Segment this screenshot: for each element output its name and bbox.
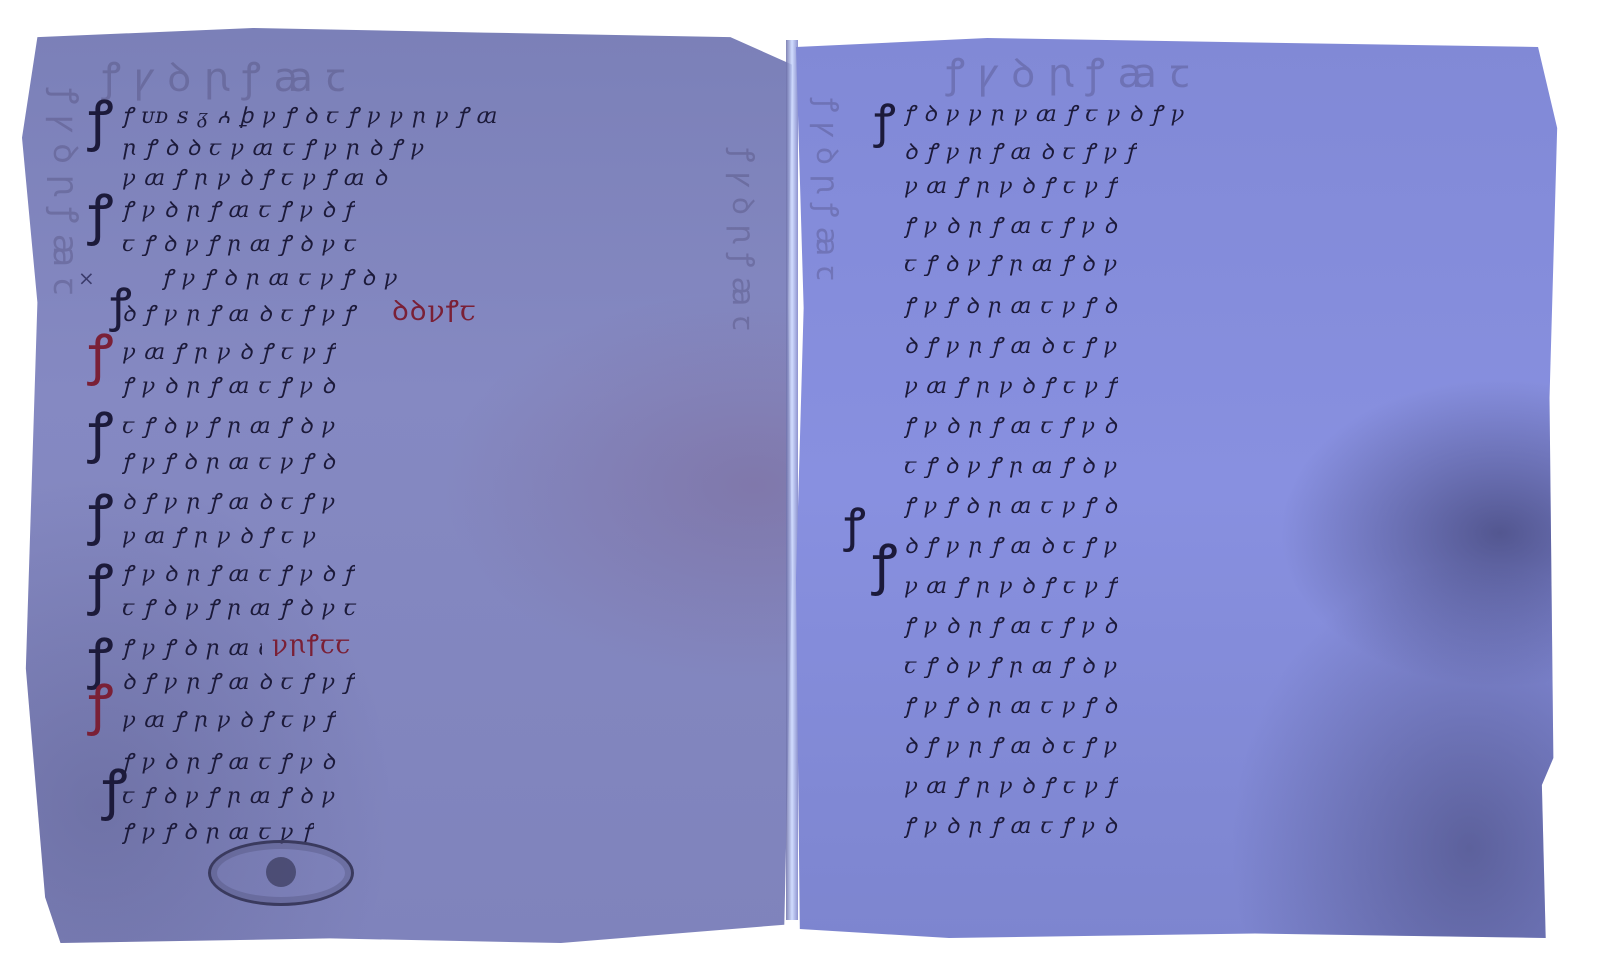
library-stamp (208, 840, 354, 906)
margin-ghost-text: ꝭ ꝩ ꝺ ꞃ ꝭ ꜳ ꞇ (42, 88, 88, 295)
text-line: ꝭ ꝩ ꝭ ꝺ ꞃ ꜳ ꞇ ꝩ ꝭ ꝺ (904, 296, 1118, 318)
text-line: ꝭ ᴜᴅ ꜱ ᵹ ꭅ ꝧ ꝩ ꝭ ꝺ ꞇ ꝭ ꝩ ꝩ ꞃ ꝩ ꝭ ꜳ (122, 106, 498, 128)
book-gutter (786, 40, 798, 920)
text-line: ꝩ ꜳ ꝭ ꞃ ꝩ ꝺ ꝭ ꞇ ꝩ ꝭ (122, 342, 336, 364)
rubric-heading: ꝺꝺꝩꝭꞇ (392, 300, 477, 322)
initial-letter: ꝭ (88, 488, 114, 542)
text-line: ꝭ ꝩ ꝭ ꝺ ꞃ ꜳ ꞇ ꝩ ꝭ ꝺ ꝩ (162, 268, 398, 290)
undertext-ghost: ꝭ ꝩ ꝺ ꞃ ꝭ ꜳ ꞇ (102, 48, 345, 103)
initial-letter: ꝭ (88, 328, 114, 382)
text-line: ꝭ ꝩ ꝺ ꞃ ꝭ ꜳ ꞇ ꝭ ꝩ ꝺ (904, 416, 1118, 438)
text-line: ꝩ ꜳ ꝭ ꞃ ꝩ ꝺ ꝭ ꞇ ꝩ (122, 526, 317, 548)
initial-letter: ꝭ (844, 498, 866, 552)
right-text-block: ꝭ ꝺ ꝩ ꝩ ꞃ ꝩ ꜳ ꝭ ꞇ ꝩ ꝺ ꝭ ꝩ ꝺ ꝭ ꝩ ꞃ ꝭ ꜳ ꝺ … (904, 104, 1464, 864)
text-line: ꝭ ꝩ ꝺ ꞃ ꝭ ꜳ ꞇ ꝭ ꝩ ꝺ ꝭ (122, 564, 355, 586)
text-line: ꞃ ꝭ ꝺ ꝺ ꞇ ꝩ ꜳ ꞇ ꝭ ꝩ ꞃ ꝺ ꝭ ꝩ (122, 138, 425, 160)
text-line: ꝭ ꝩ ꝺ ꞃ ꝭ ꜳ ꞇ ꝭ ꝩ ꝺ (122, 376, 336, 398)
text-line: ꝭ ꝩ ꝺ ꞃ ꝭ ꜳ ꞇ ꝭ ꝩ ꝺ (904, 216, 1118, 238)
text-line: ꞇ ꝭ ꝺ ꝩ ꝭ ꞃ ꜳ ꝭ ꝺ ꝩ ꞇ (122, 234, 357, 256)
text-line: ꞇ ꝭ ꝺ ꝩ ꝭ ꞃ ꜳ ꝭ ꝺ ꝩ (904, 254, 1118, 276)
text-line: ꝭ ꝩ ꝺ ꞃ ꝭ ꜳ ꞇ ꝭ ꝩ ꝺ ꝭ (122, 200, 355, 222)
text-line: ꝩ ꜳ ꝭ ꞃ ꝩ ꝺ ꝭ ꞇ ꝩ ꝭ (122, 710, 336, 732)
text-line: ꝺ ꝭ ꝩ ꞃ ꝭ ꜳ ꝺ ꞇ ꝭ ꝩ ꝭ (122, 672, 355, 694)
text-line: ꝭ ꝩ ꝭ ꝺ ꞃ ꜳ ꞇ ꝩ ꝭ ꝺ (122, 452, 336, 474)
text-line: ꝭ ꝩ ꝭ ꝺ ꞃ ꜳ ꞇ ꝩ ꝭ ꝺ (904, 496, 1118, 518)
margin-ghost-text: ꝭ ꝩ ꝺ ꞃ ꝭ ꜳ ꞇ (722, 148, 763, 331)
text-line: ꝩ ꜳ ꝭ ꞃ ꝩ ꝺ ꝭ ꞇ ꝩ ꝭ ꜳ ꝺ (122, 168, 388, 190)
text-line: ꝭ ꝺ ꝩ ꝩ ꞃ ꝩ ꜳ ꝭ ꞇ ꝩ ꝺ ꝭ ꝩ (904, 104, 1185, 126)
text-line: ꝺ ꝭ ꝩ ꞃ ꝭ ꜳ ꝺ ꞇ ꝭ ꝩ (122, 492, 336, 514)
text-line: ꝭ ꝩ ꝺ ꞃ ꝭ ꜳ ꞇ ꝭ ꝩ ꝺ (122, 752, 336, 774)
text-line: ꝩ ꜳ ꝭ ꞃ ꝩ ꝺ ꝭ ꞇ ꝩ ꝭ (904, 776, 1118, 798)
text-line: ꝺ ꝭ ꝩ ꞃ ꝭ ꜳ ꝺ ꞇ ꝭ ꝩ ꝭ (122, 304, 382, 326)
text-line: ꝭ ꝩ ꝭ ꝺ ꞃ ꜳ ꞇ ꝩ ꝭ ꝺ (904, 696, 1118, 718)
stamp-emblem-icon (266, 857, 296, 887)
text-line: ꞇ ꝭ ꝺ ꝩ ꝭ ꞃ ꜳ ꝭ ꝺ ꝩ (122, 786, 336, 808)
initial-letter: ꝭ (88, 558, 114, 612)
rubric-heading: ꝩꞃꝭꞇꞇ (272, 634, 351, 656)
margin-cross-mark: × (78, 266, 95, 290)
undertext-ghost: ꝭ ꝩ ꝺ ꞃ ꝭ ꜳ ꞇ (946, 44, 1189, 99)
text-line: ꞇ ꝭ ꝺ ꝩ ꝭ ꞃ ꜳ ꝭ ꝺ ꝩ ꞇ (122, 598, 357, 620)
initial-letter: ꝭ (88, 678, 114, 732)
margin-ghost-text: ꝭ ꝩ ꝺ ꞃ ꝭ ꜳ ꞇ (806, 98, 847, 281)
text-line: ꝺ ꝭ ꝩ ꞃ ꝭ ꜳ ꝺ ꞇ ꝭ ꝩ (904, 336, 1118, 358)
text-line: ꞇ ꝭ ꝺ ꝩ ꝭ ꞃ ꜳ ꝭ ꝺ ꝩ (122, 416, 336, 438)
right-manuscript-page: ꝭ ꝩ ꝺ ꞃ ꝭ ꜳ ꞇ ꝭ ꝩ ꝺ ꞃ ꝭ ꜳ ꞇ ꝭ ꝭ ꝭ ꝭ ꝺ ꝩ … (796, 38, 1561, 938)
initial-letter: ꝭ (88, 406, 114, 460)
initial-letter: ꝭ (872, 538, 898, 592)
text-line: ꝺ ꝭ ꝩ ꞃ ꝭ ꜳ ꝺ ꞇ ꝭ ꝩ (904, 736, 1118, 758)
text-line: ꞇ ꝭ ꝺ ꝩ ꝭ ꞃ ꜳ ꝭ ꝺ ꝩ (904, 656, 1118, 678)
initial-letter: ꝭ (874, 94, 896, 148)
initial-letter: ꝭ (88, 94, 114, 148)
left-manuscript-page: ꝭ ꝩ ꝺ ꞃ ꝭ ꜳ ꞇ ꝭ ꝩ ꝺ ꞃ ꝭ ꜳ ꞇ ꝭ ꝩ ꝺ ꞃ ꝭ ꜳ … (22, 28, 792, 943)
text-line: ꝩ ꜳ ꝭ ꞃ ꝩ ꝺ ꝭ ꞇ ꝩ ꝭ (904, 576, 1118, 598)
text-line: ꝭ ꝩ ꝺ ꞃ ꝭ ꜳ ꞇ ꝭ ꝩ ꝺ (904, 816, 1118, 838)
text-line: ꝭ ꝩ ꝭ ꝺ ꞃ ꜳ ꞇ ꝩ ꝭ ꝺ ꝩ (122, 638, 262, 660)
left-text-block: ꝭ ᴜᴅ ꜱ ᵹ ꭅ ꝧ ꝩ ꝭ ꝺ ꞇ ꝭ ꝩ ꝩ ꞃ ꝩ ꝭ ꜳ ꞃ ꝭ ꝺ… (122, 106, 722, 866)
text-line: ꞇ ꝭ ꝺ ꝩ ꝭ ꞃ ꜳ ꝭ ꝺ ꝩ (904, 456, 1118, 478)
text-line: ꝩ ꜳ ꝭ ꞃ ꝩ ꝺ ꝭ ꞇ ꝩ ꝭ (904, 376, 1118, 398)
text-line: ꝺ ꝭ ꝩ ꞃ ꝭ ꜳ ꝺ ꞇ ꝭ ꝩ (904, 536, 1118, 558)
text-line: ꝺ ꝭ ꝩ ꞃ ꝭ ꜳ ꝺ ꞇ ꝭ ꝩ ꝭ (904, 142, 1137, 164)
initial-letter: ꝭ (88, 188, 114, 242)
text-line: ꝭ ꝩ ꝺ ꞃ ꝭ ꜳ ꞇ ꝭ ꝩ ꝺ (904, 616, 1118, 638)
text-line: ꝩ ꜳ ꝭ ꞃ ꝩ ꝺ ꝭ ꞇ ꝩ ꝭ (904, 176, 1118, 198)
